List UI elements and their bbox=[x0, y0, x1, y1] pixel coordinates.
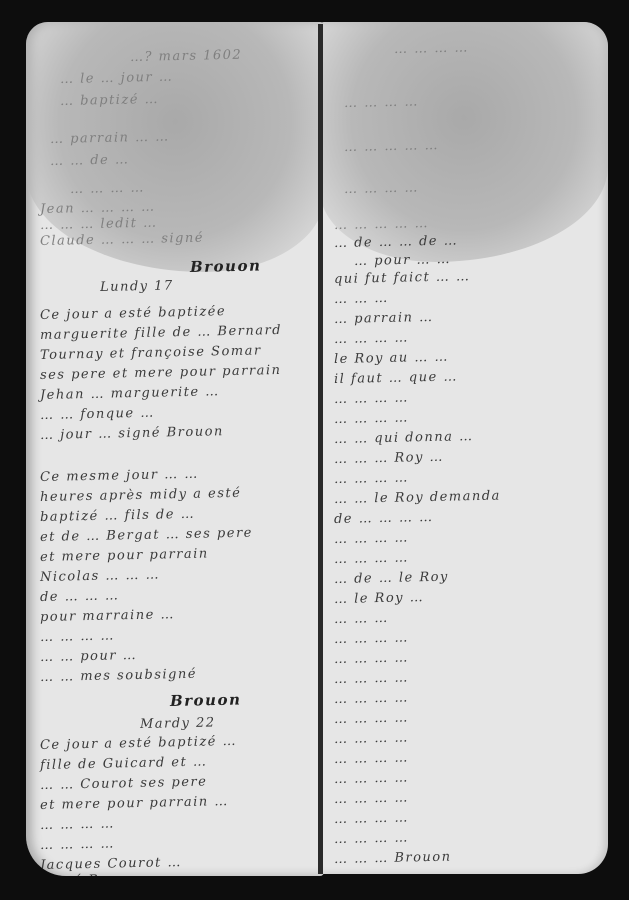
handwritten-line: … … … … bbox=[394, 40, 469, 57]
signature: Brouon bbox=[190, 257, 262, 276]
handwritten-line: … … … ledit … bbox=[40, 216, 158, 233]
handwritten-line: Jacques Courot … bbox=[40, 855, 182, 873]
handwritten-line: … … qui donna … bbox=[334, 429, 474, 447]
right-page-text: … … … …… … … …… … … … …… … … …… … … … ……… bbox=[334, 22, 598, 874]
handwritten-line: qui fut faict … … bbox=[334, 269, 471, 287]
handwritten-line: Jean … … … … bbox=[40, 200, 156, 217]
handwritten-line: … … … … bbox=[334, 770, 409, 787]
handwritten-line: … … … … bbox=[334, 470, 409, 487]
handwritten-line: … … … … bbox=[334, 670, 409, 687]
handwritten-line: … … … … bbox=[334, 810, 409, 827]
handwritten-line: Claude … … … signé bbox=[40, 231, 204, 249]
handwritten-line: il faut … que … bbox=[334, 369, 458, 387]
handwritten-line: … … … … bbox=[70, 180, 145, 197]
right-page: … … … …… … … …… … … … …… … … …… … … … ……… bbox=[320, 22, 608, 874]
handwritten-line: … … … … bbox=[334, 330, 409, 347]
handwritten-line: … parrain … … bbox=[50, 129, 170, 147]
handwritten-line: de … … … bbox=[40, 588, 120, 605]
handwritten-line: … baptizé … bbox=[60, 92, 159, 109]
handwritten-line: … pour … … bbox=[354, 252, 451, 269]
handwritten-line: … … … … bbox=[40, 628, 115, 645]
handwritten-line: … … de … bbox=[50, 152, 130, 169]
left-page-text: …? mars 1602… le … jour …… baptizé …… pa… bbox=[40, 22, 314, 876]
handwritten-line: … … … … bbox=[334, 530, 409, 547]
signature: Brouon bbox=[170, 691, 242, 710]
handwritten-line: Ce jour a esté baptizé … bbox=[40, 734, 237, 753]
handwritten-line: … le Roy … bbox=[334, 590, 425, 607]
handwritten-line: baptizé … fils de … bbox=[40, 507, 195, 525]
handwritten-line: … … … Brouon bbox=[334, 850, 452, 867]
handwritten-line: … … … … bbox=[334, 410, 409, 427]
handwritten-line: … de … … de … bbox=[334, 233, 458, 251]
handwritten-line: fille de Guicard et … bbox=[40, 754, 208, 773]
handwritten-line: ses pere et mere pour parrain bbox=[40, 363, 282, 383]
handwritten-line: … … … … bbox=[334, 750, 409, 767]
handwritten-line: … … … … bbox=[334, 390, 409, 407]
handwritten-line: … … … Roy … bbox=[334, 450, 444, 467]
handwritten-line: Ce jour a esté baptizée bbox=[40, 304, 226, 323]
handwritten-line: pour marraine … bbox=[40, 607, 175, 625]
handwritten-line: … … … … bbox=[334, 710, 409, 727]
handwritten-line: … … … … … bbox=[344, 138, 439, 155]
handwritten-line: … … … … bbox=[344, 180, 419, 197]
handwritten-line: … … … bbox=[334, 291, 389, 307]
handwritten-line: Nicolas … … … bbox=[40, 567, 160, 585]
handwritten-line: … … … … bbox=[334, 730, 409, 747]
handwritten-line: le Roy au … … bbox=[334, 350, 449, 367]
handwritten-line: … de … le Roy bbox=[334, 570, 449, 587]
handwritten-line: de … … … … bbox=[334, 510, 434, 527]
handwritten-line: …? mars 1602 bbox=[130, 48, 243, 65]
handwritten-line: … … … … bbox=[40, 836, 115, 853]
handwritten-line: et mere pour parrain bbox=[40, 546, 209, 565]
handwritten-line: marguerite fille de … Bernard bbox=[40, 323, 282, 343]
handwritten-line: … … … … bbox=[334, 790, 409, 807]
handwritten-line: Ce mesme jour … … bbox=[40, 467, 199, 485]
handwritten-line: … … … … bbox=[40, 816, 115, 833]
handwritten-line: … … … … bbox=[334, 690, 409, 707]
handwritten-line: … … le Roy demanda bbox=[334, 489, 501, 507]
handwritten-line: et de … Bergat … ses pere bbox=[40, 526, 253, 545]
left-page: …? mars 1602… le … jour …… baptizé …… pa… bbox=[26, 22, 324, 876]
handwritten-line: … … pour … bbox=[40, 648, 137, 665]
handwritten-line: Lundy 17 bbox=[100, 278, 174, 295]
handwritten-line: … … Courot ses pere bbox=[40, 774, 208, 793]
handwritten-line: … … fonque … bbox=[40, 406, 155, 423]
handwritten-line: … jour … signé Brouon bbox=[40, 424, 224, 443]
handwritten-line: … … … … bbox=[334, 630, 409, 647]
handwritten-line: Tournay et françoise Somar bbox=[40, 343, 262, 363]
handwritten-line: … … … … bbox=[334, 650, 409, 667]
handwritten-line: … … mes soubsigné bbox=[40, 667, 197, 685]
handwritten-line: … le … jour … bbox=[60, 70, 174, 87]
handwritten-line: Mardy 22 bbox=[140, 715, 216, 732]
handwritten-line: et mere pour parrain … bbox=[40, 794, 229, 813]
handwritten-line: … … … … bbox=[344, 94, 419, 111]
handwritten-line: Jehan … marguerite … bbox=[40, 384, 220, 403]
handwritten-line: … … … … bbox=[334, 830, 409, 847]
handwritten-line: … … … … bbox=[334, 550, 409, 567]
handwritten-line: … parrain … bbox=[334, 310, 434, 327]
handwritten-line: … … … bbox=[334, 611, 389, 627]
book-gutter bbox=[318, 24, 323, 874]
handwritten-line: heures après midy a esté bbox=[40, 486, 242, 505]
handwritten-line: … … … … … bbox=[334, 216, 429, 233]
